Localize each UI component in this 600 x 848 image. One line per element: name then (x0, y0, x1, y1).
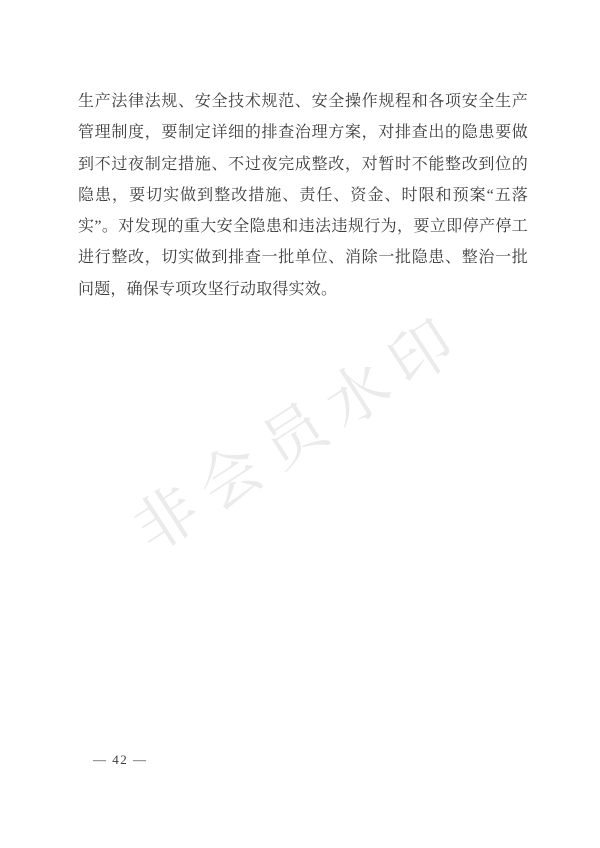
document-page: 非会员水印 生产法律法规、安全技术规范、安全操作规程和各项安全生产管理制度，要制… (0, 0, 600, 848)
page-number: — 42 — (93, 752, 148, 768)
body-paragraph: 生产法律法规、安全技术规范、安全操作规程和各项安全生产管理制度，要制定详细的排查… (78, 86, 528, 305)
watermark-text: 非会员水印 (113, 287, 480, 569)
